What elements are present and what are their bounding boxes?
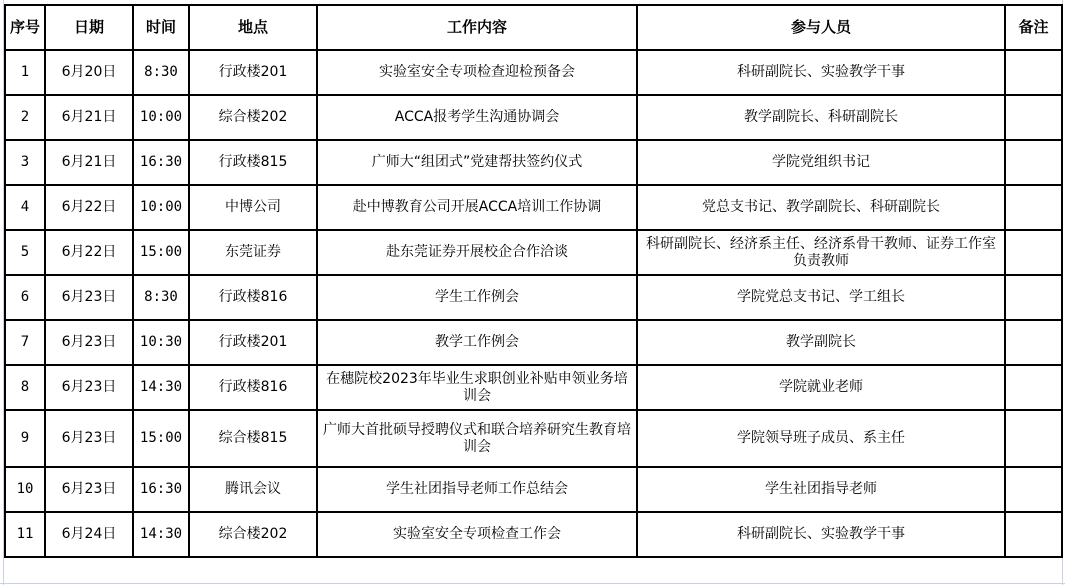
cell-content[interactable]: 赴中博教育公司开展ACCA培训工作协调 [317,185,637,230]
cell-remarks[interactable] [1005,50,1062,95]
cell-time[interactable]: 15:00 [133,230,189,275]
cell-remarks[interactable] [1005,410,1062,467]
cell-time[interactable]: 8:30 [133,50,189,95]
header-location[interactable]: 地点 [189,5,317,50]
cell-content[interactable]: 学生工作例会 [317,275,637,320]
cell-participants[interactable]: 科研副院长、经济系主任、经济系骨干教师、证券工作室负责教师 [637,230,1005,275]
cell-content[interactable]: 广师大“组团式”党建帮扶签约仪式 [317,140,637,185]
cell-date[interactable]: 6月23日 [45,467,133,512]
cell-index[interactable]: 11 [5,512,45,557]
cell-location[interactable]: 东莞证券 [189,230,317,275]
cell-date[interactable]: 6月20日 [45,50,133,95]
cell-content[interactable]: ACCA报考学生沟通协调会 [317,95,637,140]
cell-content[interactable]: 实验室安全专项检查迎检预备会 [317,50,637,95]
cell-index[interactable]: 2 [5,95,45,140]
table-row: 10 6月23日 16:30 腾讯会议 学生社团指导老师工作总结会 学生社团指导… [5,467,1062,512]
cell-time[interactable]: 10:00 [133,95,189,140]
header-participants[interactable]: 参与人员 [637,5,1005,50]
cell-content[interactable]: 学生社团指导老师工作总结会 [317,467,637,512]
table-row: 1 6月20日 8:30 行政楼201 实验室安全专项检查迎检预备会 科研副院长… [5,50,1062,95]
cell-date[interactable]: 6月23日 [45,275,133,320]
cell-index[interactable]: 5 [5,230,45,275]
header-remarks[interactable]: 备注 [1005,5,1062,50]
cell-remarks[interactable] [1005,512,1062,557]
cell-location[interactable]: 综合楼815 [189,410,317,467]
cell-remarks[interactable] [1005,275,1062,320]
cell-index[interactable]: 1 [5,50,45,95]
cell-location[interactable]: 中博公司 [189,185,317,230]
cell-index[interactable]: 3 [5,140,45,185]
table-row: 3 6月21日 16:30 行政楼815 广师大“组团式”党建帮扶签约仪式 学院… [5,140,1062,185]
cell-location[interactable]: 行政楼816 [189,275,317,320]
cell-time[interactable]: 16:30 [133,140,189,185]
cell-remarks[interactable] [1005,140,1062,185]
cell-index[interactable]: 8 [5,365,45,410]
cell-participants[interactable]: 科研副院长、实验教学干事 [637,50,1005,95]
cell-participants[interactable]: 教学副院长 [637,320,1005,365]
cell-index[interactable]: 4 [5,185,45,230]
table-row: 5 6月22日 15:00 东莞证券 赴东莞证券开展校企合作洽谈 科研副院长、经… [5,230,1062,275]
sheet-gridline-bottom [0,583,1065,584]
table-row: 8 6月23日 14:30 行政楼816 在穗院校2023年毕业生求职创业补贴申… [5,365,1062,410]
header-row: 序号 日期 时间 地点 工作内容 参与人员 备注 [5,5,1062,50]
cell-time[interactable]: 10:00 [133,185,189,230]
cell-remarks[interactable] [1005,467,1062,512]
header-content[interactable]: 工作内容 [317,5,637,50]
cell-participants[interactable]: 学院党组织书记 [637,140,1005,185]
cell-time[interactable]: 10:30 [133,320,189,365]
cell-remarks[interactable] [1005,95,1062,140]
cell-location[interactable]: 行政楼816 [189,365,317,410]
cell-time[interactable]: 14:30 [133,365,189,410]
cell-participants[interactable]: 学生社团指导老师 [637,467,1005,512]
cell-content[interactable]: 在穗院校2023年毕业生求职创业补贴申领业务培训会 [317,365,637,410]
cell-index[interactable]: 7 [5,320,45,365]
table-row: 2 6月21日 10:00 综合楼202 ACCA报考学生沟通协调会 教学副院长… [5,95,1062,140]
cell-date[interactable]: 6月23日 [45,365,133,410]
cell-location[interactable]: 行政楼815 [189,140,317,185]
cell-date[interactable]: 6月21日 [45,140,133,185]
cell-remarks[interactable] [1005,185,1062,230]
cell-content[interactable]: 教学工作例会 [317,320,637,365]
cell-location[interactable]: 行政楼201 [189,320,317,365]
cell-location[interactable]: 腾讯会议 [189,467,317,512]
cell-content[interactable]: 广师大首批硕导授聘仪式和联合培养研究生教育培训会 [317,410,637,467]
header-index[interactable]: 序号 [5,5,45,50]
cell-remarks[interactable] [1005,230,1062,275]
cell-remarks[interactable] [1005,320,1062,365]
cell-time[interactable]: 16:30 [133,467,189,512]
cell-location[interactable]: 行政楼201 [189,50,317,95]
table-row: 4 6月22日 10:00 中博公司 赴中博教育公司开展ACCA培训工作协调 党… [5,185,1062,230]
cell-location[interactable]: 综合楼202 [189,95,317,140]
cell-participants[interactable]: 教学副院长、科研副院长 [637,95,1005,140]
table-row: 11 6月24日 14:30 综合楼202 实验室安全专项检查工作会 科研副院长… [5,512,1062,557]
cell-participants[interactable]: 学院领导班子成员、系主任 [637,410,1005,467]
table-row: 7 6月23日 10:30 行政楼201 教学工作例会 教学副院长 [5,320,1062,365]
cell-location[interactable]: 综合楼202 [189,512,317,557]
cell-date[interactable]: 6月23日 [45,320,133,365]
header-date[interactable]: 日期 [45,5,133,50]
cell-date[interactable]: 6月22日 [45,230,133,275]
cell-date[interactable]: 6月21日 [45,95,133,140]
cell-participants[interactable]: 学院就业老师 [637,365,1005,410]
cell-index[interactable]: 10 [5,467,45,512]
cell-index[interactable]: 9 [5,410,45,467]
cell-content[interactable]: 实验室安全专项检查工作会 [317,512,637,557]
cell-remarks[interactable] [1005,365,1062,410]
cell-index[interactable]: 6 [5,275,45,320]
table-row: 6 6月23日 8:30 行政楼816 学生工作例会 学院党总支书记、学工组长 [5,275,1062,320]
cell-time[interactable]: 8:30 [133,275,189,320]
cell-participants[interactable]: 学院党总支书记、学工组长 [637,275,1005,320]
header-time[interactable]: 时间 [133,5,189,50]
cell-date[interactable]: 6月24日 [45,512,133,557]
cell-time[interactable]: 15:00 [133,410,189,467]
table-row: 9 6月23日 15:00 综合楼815 广师大首批硕导授聘仪式和联合培养研究生… [5,410,1062,467]
cell-participants[interactable]: 党总支书记、教学副院长、科研副院长 [637,185,1005,230]
cell-date[interactable]: 6月23日 [45,410,133,467]
cell-participants[interactable]: 科研副院长、实验教学干事 [637,512,1005,557]
cell-time[interactable]: 14:30 [133,512,189,557]
cell-content[interactable]: 赴东莞证券开展校企合作洽谈 [317,230,637,275]
cell-date[interactable]: 6月22日 [45,185,133,230]
schedule-table: 序号 日期 时间 地点 工作内容 参与人员 备注 1 6月20日 8:30 行政… [4,4,1063,558]
